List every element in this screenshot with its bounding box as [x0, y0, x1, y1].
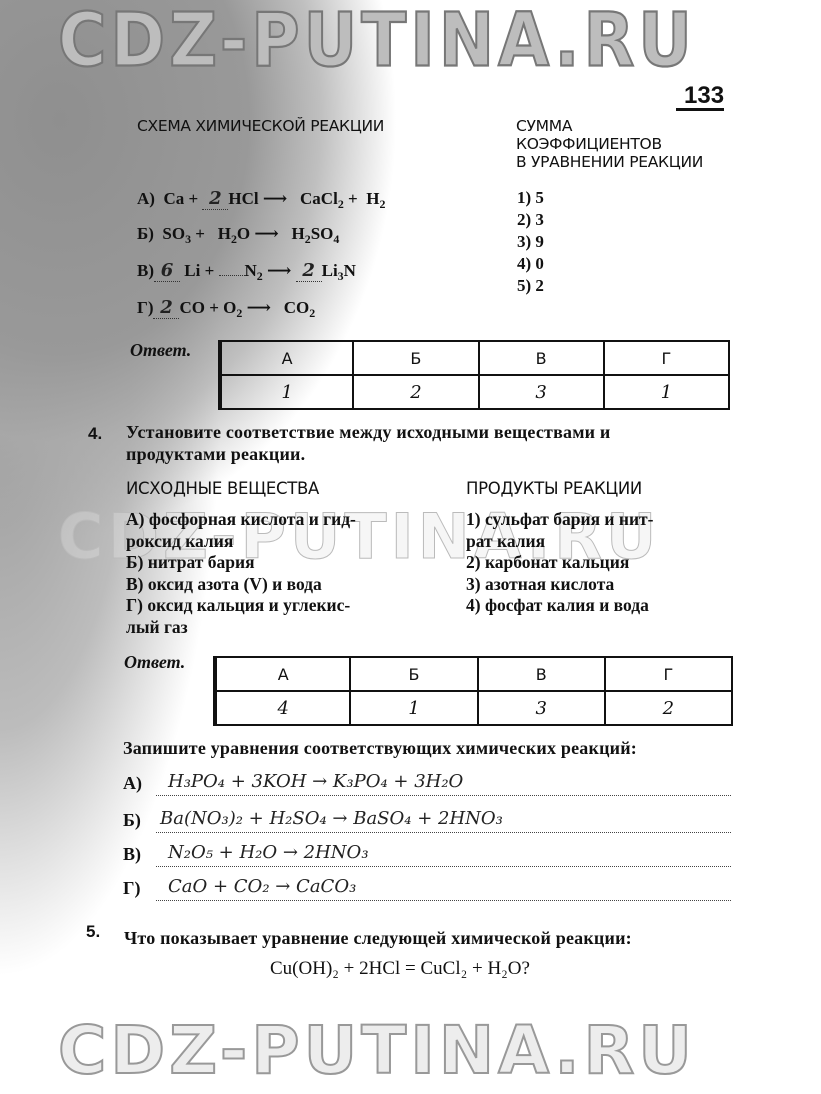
equation-label: Г) [123, 878, 140, 899]
workbook-page: 133 СХЕМА ХИМИЧЕСКОЙ РЕАКЦИИ СУММА КОЭФФ… [0, 0, 821, 1094]
reaction-b: Б) SO3 + H2O ⟶ H2SO4 [137, 224, 339, 247]
task5-equation: Cu(OH)₂ + 2HCl = CuCl₂ + H₂O? [270, 958, 530, 980]
reactants-list: А) фосфорная кислота и гид- роксид калия… [126, 509, 356, 638]
answer-header: А [220, 341, 353, 375]
subscript: 2 [257, 269, 263, 283]
arrow: ⟶ [247, 298, 271, 317]
coefficient-blank[interactable]: 2 [153, 297, 179, 319]
subscript: 2 [338, 197, 344, 211]
reaction-label: Б) [137, 224, 154, 243]
coefficient-sum-header: СУММА КОЭФФИЦИЕНТОВ В УРАВНЕНИИ РЕАКЦИИ [516, 117, 703, 171]
reactant: CO [179, 298, 205, 317]
answer-cell[interactable]: 2 [353, 375, 478, 409]
product-item: 3) азотная кислота [466, 574, 653, 596]
reaction-label: Г) [137, 298, 153, 317]
answer-cell[interactable]: 1 [350, 691, 477, 725]
subscript: 4 [333, 232, 339, 246]
product-item: 4) фосфат калия и вода [466, 595, 653, 617]
product: H [292, 224, 305, 243]
subscript: 2 [309, 306, 315, 320]
reaction-label: В) [137, 261, 154, 280]
subscript: 2 [379, 197, 385, 211]
answer-table-task4: А Б В Г 4 1 3 2 [213, 656, 733, 726]
task-number: 5. [86, 922, 100, 942]
reactant: Ca [163, 189, 184, 208]
answer-line [156, 832, 731, 833]
coefficient-blank[interactable]: 2 [202, 188, 228, 210]
answer-label: Ответ. [130, 340, 191, 361]
products-list: 1) сульфат бария и нит- рат калия 2) кар… [466, 509, 653, 617]
reactant: Li [184, 261, 200, 280]
subscript: 3 [185, 232, 191, 246]
option-item: 3) 9 [517, 231, 544, 253]
answer-header: Г [605, 657, 732, 691]
answer-header: Б [353, 341, 478, 375]
page-number: 133 [684, 82, 724, 110]
task4-question-line1: Установите соответствие между исходными … [126, 422, 611, 443]
reaction-c: В)6 Li + N2 ⟶ 2Li3N [137, 260, 356, 284]
option-item: 4) 0 [517, 253, 544, 275]
equations-prompt: Запишите уравнения соответствующих химич… [123, 738, 637, 759]
reaction-label: А) [137, 189, 155, 208]
answer-line [156, 866, 731, 867]
answer-cell[interactable]: 4 [215, 691, 350, 725]
task5-question: Что показывает уравнение следующей химич… [124, 928, 632, 949]
reactant-item: Б) нитрат бария [126, 552, 356, 574]
coefficient-blank[interactable]: 2 [296, 260, 322, 282]
answer-header: А [215, 657, 350, 691]
task-number: 4. [88, 424, 102, 444]
answer-cell[interactable]: 1 [220, 375, 353, 409]
equation-answer[interactable]: N₂O₅ + H₂O → 2HNO₃ [168, 842, 369, 863]
header-line: В УРАВНЕНИИ РЕАКЦИИ [516, 153, 703, 171]
option-item: 2) 3 [517, 209, 544, 231]
arrow: ⟶ [263, 189, 287, 208]
product-item: 2) карбонат кальция [466, 552, 653, 574]
answer-header: Г [604, 341, 729, 375]
arrow: ⟶ [267, 261, 291, 280]
header-line: СУММА [516, 117, 703, 135]
products-header: ПРОДУКТЫ РЕАКЦИИ [466, 479, 642, 498]
header-line: КОЭФФИЦИЕНТОВ [516, 135, 703, 153]
reactant-item: Г) оксид кальция и углекис- [126, 595, 356, 617]
coefficient-blank[interactable]: 6 [154, 260, 180, 282]
reactant-item: лый газ [126, 617, 356, 639]
answer-cell[interactable]: 1 [604, 375, 729, 409]
option-item: 1) 5 [517, 187, 544, 209]
equation-label: А) [123, 773, 142, 794]
product: H [366, 189, 379, 208]
answer-line [156, 795, 731, 796]
reactant: SO [162, 224, 185, 243]
page-number-underline [676, 108, 724, 111]
subscript: 2 [236, 306, 242, 320]
product: N [344, 261, 356, 280]
equation-answer[interactable]: CaO + CO₂ → CaCO₃ [168, 876, 356, 897]
product: Li [322, 261, 338, 280]
answer-cell[interactable]: 3 [478, 691, 605, 725]
reaction-a: А) Ca + 2HCl ⟶ CaCl2 + H2 [137, 188, 385, 212]
coefficient-options: 1) 5 2) 3 3) 9 4) 0 5) 2 [517, 187, 544, 297]
product-item: рат калия [466, 531, 653, 553]
answer-cell[interactable]: 3 [479, 375, 604, 409]
product: SO [311, 224, 334, 243]
equation-answer[interactable]: H₃PO₄ + 3KOH → K₃PO₄ + 3H₂O [168, 771, 463, 792]
answer-label: Ответ. [124, 652, 185, 673]
reactant-item: В) оксид азота (V) и вода [126, 574, 356, 596]
product: CaCl [300, 189, 338, 208]
answer-cell[interactable]: 2 [605, 691, 732, 725]
reaction-d: Г)2CO + O2 ⟶ CO2 [137, 297, 315, 321]
reactants-header: ИСХОДНЫЕ ВЕЩЕСТВА [126, 479, 319, 498]
reactant-item: роксид калия [126, 531, 356, 553]
arrow: ⟶ [254, 224, 278, 243]
reactant: H [218, 224, 231, 243]
answer-table-task3: А Б В Г 1 2 3 1 [218, 340, 730, 410]
task4-question-line2: продуктами реакции. [126, 444, 305, 465]
equation-answer[interactable]: Ba(NO₃)₂ + H₂SO₄ → BaSO₄ + 2HNO₃ [160, 808, 503, 829]
product: CO [284, 298, 310, 317]
answer-header: В [478, 657, 605, 691]
answer-header: Б [350, 657, 477, 691]
answer-header: В [479, 341, 604, 375]
option-item: 5) 2 [517, 275, 544, 297]
answer-line [156, 900, 731, 901]
reaction-scheme-header: СХЕМА ХИМИЧЕСКОЙ РЕАКЦИИ [137, 117, 384, 135]
reactant-item: А) фосфорная кислота и гид- [126, 509, 356, 531]
reactant: O [223, 298, 236, 317]
reactant: HCl [228, 189, 258, 208]
equation-label: Б) [123, 810, 141, 831]
reactant: O [237, 224, 250, 243]
product-item: 1) сульфат бария и нит- [466, 509, 653, 531]
equation-label: В) [123, 844, 141, 865]
coefficient-blank[interactable] [219, 275, 245, 276]
reactant: N [245, 261, 257, 280]
